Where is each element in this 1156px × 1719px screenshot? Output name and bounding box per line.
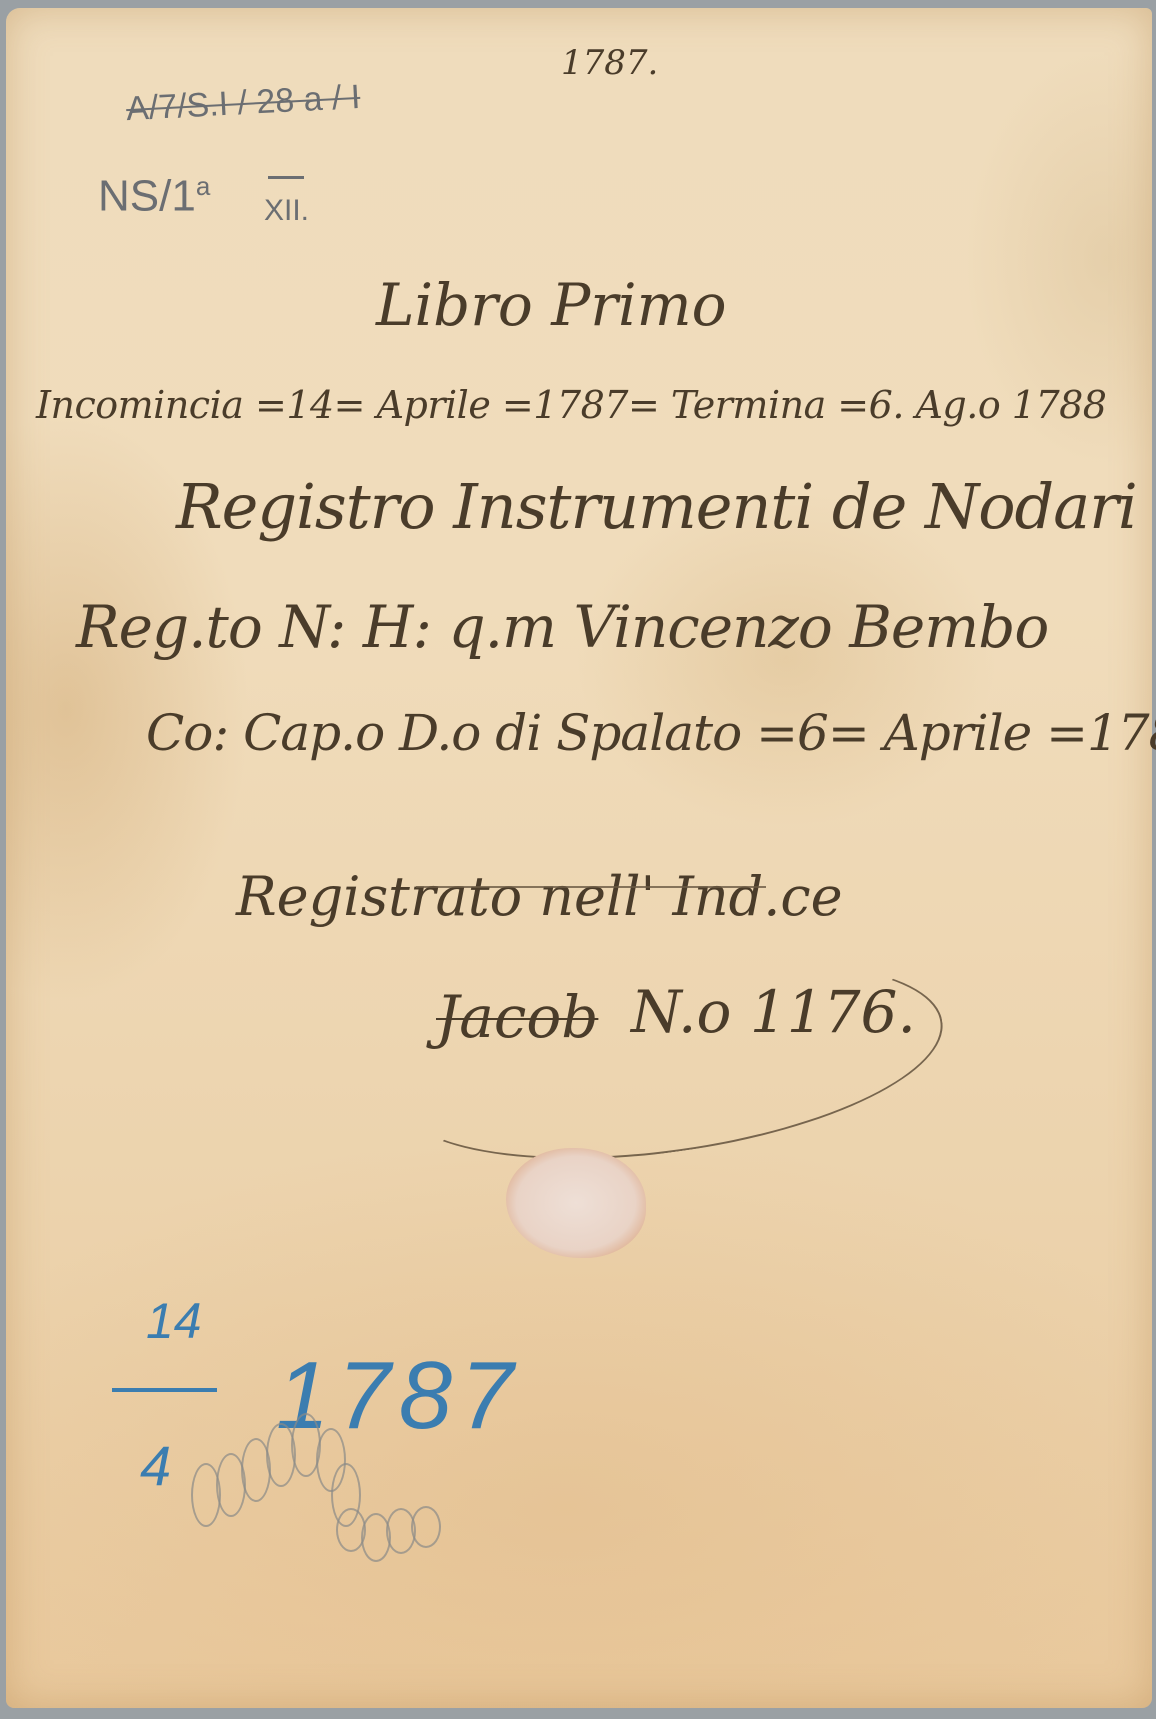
shelfmark-superscript: a (196, 171, 210, 201)
shelfmark-fraction-bar (268, 176, 304, 179)
wax-stain (506, 1148, 646, 1258)
number-value: 1176. (750, 978, 916, 1046)
blue-fraction-bottom: 4 (140, 1438, 171, 1494)
dates-line: Incomincia =14= Aprile =1787= Termina =6… (36, 386, 1107, 424)
registration-struck-name: Jacob (436, 988, 598, 1046)
shelfmark-roman: XII. (264, 196, 309, 226)
notary-line: Reg.to N: H: q.m Vincenzo Bembo (76, 598, 1048, 656)
registration-number: N.o 1176. (631, 983, 916, 1041)
header-year: 1787. (561, 46, 658, 80)
register-title: Registro Instrumenti de Nodari (176, 476, 1137, 538)
blue-fraction-top: 14 (146, 1296, 202, 1346)
shelfmark-prefix: NS/1 (98, 172, 196, 221)
place-line: Co: Cap.o D.o di Spalato =6= Aprile =178… (146, 708, 1156, 758)
registration-strike-rule (416, 886, 766, 888)
pencil-doodle (411, 1506, 441, 1548)
number-label: N.o (631, 978, 731, 1046)
struck-shelfmark: A/7/S.I / 28 a / I (125, 80, 361, 126)
book-title: Libro Primo (376, 276, 727, 334)
document-page: A/7/S.I / 28 a / I NS/1a XII. 1787. Libr… (6, 8, 1152, 1708)
registration-line: Registrato nell' Ind.ce (236, 870, 843, 924)
blue-fraction-bar (112, 1388, 217, 1392)
registration-flourish (381, 930, 955, 1189)
shelfmark: NS/1a (98, 173, 210, 219)
